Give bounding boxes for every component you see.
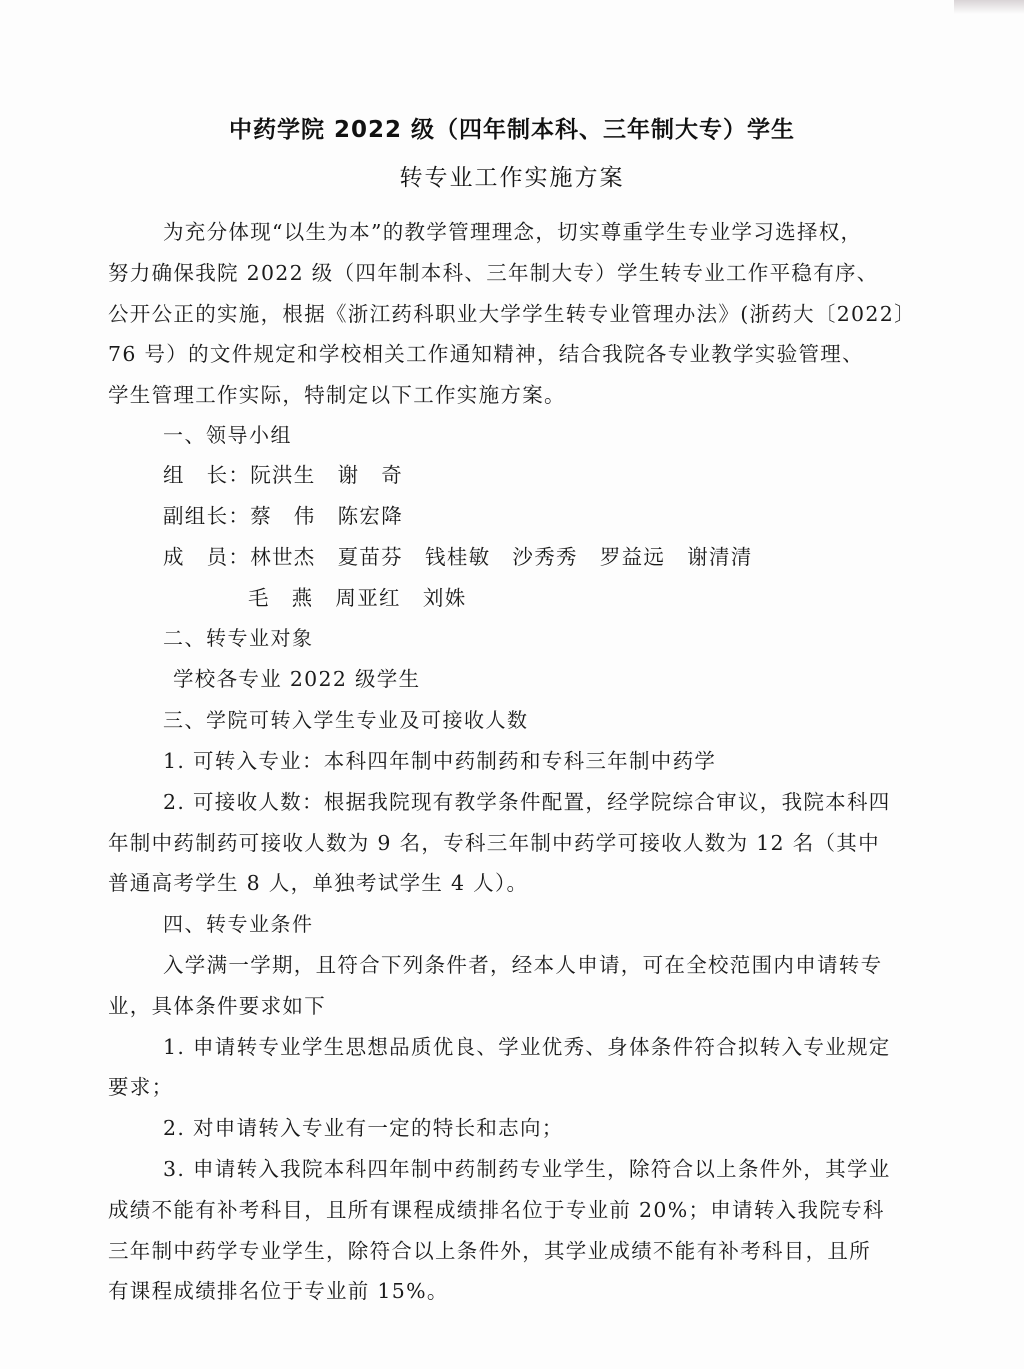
section-3-item-2-line-3: 普通高考学生 8 人，单独考试学生 4 人）。 [108,869,528,897]
condition-2: 2. 对申请转入专业有一定的特长和志向； [163,1114,564,1142]
member-row-2: 毛 燕周亚红刘姝 [248,584,488,612]
section-3-item-2-line-1: 2. 可接收人数：根据我院现有教学条件配置，经学院综合审议，我院本科四 [163,788,891,816]
section-4-intro-line-2: 业，具体条件要求如下 [108,992,326,1020]
section-4-intro-line-1: 入学满一学期，且符合下列条件者，经本人申请，可在全校范围内申请转专 [163,951,882,979]
member-name: 钱桂敏 [425,543,490,571]
section-2-text: 学校各专业 2022 级学生 [173,665,420,693]
member-name: 罗益远 [600,543,665,571]
intro-line-2: 努力确保我院 2022 级（四年制本科、三年制大专）学生转专业工作平稳有序、 [108,259,879,287]
section-1-heading: 一、领导小组 [163,421,292,449]
scan-edge-shadow [954,0,1024,14]
member-row-1: 成 员：林世杰夏苗芬钱桂敏沙秀秀罗益远谢清清 [163,543,775,571]
condition-3-line-4: 有课程成绩排名位于专业前 15%。 [108,1277,449,1305]
section-2-heading: 二、转专业对象 [163,624,314,652]
section-4-heading: 四、转专业条件 [163,910,314,938]
condition-3-line-3: 三年制中药学专业学生，除符合以上条件外，其学业成绩不能有补考科目，且所 [108,1237,871,1265]
leader-name: 谢 奇 [338,461,403,489]
leader-row: 组 长：阮洪生谢 奇 [163,461,425,489]
section-3-heading: 三、学院可转入学生专业及可接收人数 [163,706,529,734]
member-name: 林世杰 [250,543,315,571]
leader-name: 阮洪生 [250,461,315,489]
member-name: 谢清清 [687,543,752,571]
intro-line-1: 为充分体现“以生为本”的教学管理理念，切实尊重学生专业学习选择权， [163,218,862,246]
intro-line-5: 学生管理工作实际，特制定以下工作实施方案。 [108,381,566,409]
document-subtitle: 转专业工作实施方案 [0,159,1024,192]
section-3-item-2-line-2: 年制中药制药可接收人数为 9 名，专科三年制中药学可接收人数为 12 名（其中 [108,829,880,857]
intro-line-4: 76 号）的文件规定和学校相关工作通知精神，结合我院各专业教学实验管理、 [108,340,864,368]
member-name: 夏苗芬 [338,543,403,571]
member-name: 刘姝 [423,584,467,612]
member-label: 成 员： [163,543,250,571]
leader-label: 组 长： [163,461,250,489]
member-name: 毛 燕 [248,584,313,612]
condition-3-line-1: 3. 申请转入我院本科四年制中药制药专业学生，除符合以上条件外，其学业 [163,1155,891,1183]
condition-1-line-1: 1. 申请转专业学生思想品质优良、学业优秀、身体条件符合拟转入专业规定 [163,1033,891,1061]
document-title: 中药学院 2022 级（四年制本科、三年制大专）学生 [0,111,1024,144]
member-name: 沙秀秀 [512,543,577,571]
condition-1-line-2: 要求； [108,1073,173,1101]
deputy-name: 陈宏降 [338,502,403,530]
deputy-name: 蔡 伟 [250,502,315,530]
section-3-item-1: 1. 可转入专业：本科四年制中药制药和专科三年制中药学 [163,747,716,775]
deputy-label: 副组长： [163,502,250,530]
member-name: 周亚红 [335,584,400,612]
deputy-row: 副组长：蔡 伟陈宏降 [163,502,425,530]
intro-line-3: 公开公正的实施，根据《浙江药科职业大学学生转专业管理办法》(浙药大〔2022〕 [108,300,916,328]
condition-3-line-2: 成绩不能有补考科目，且所有课程成绩排名位于专业前 20%；申请转入我院专科 [108,1196,885,1224]
